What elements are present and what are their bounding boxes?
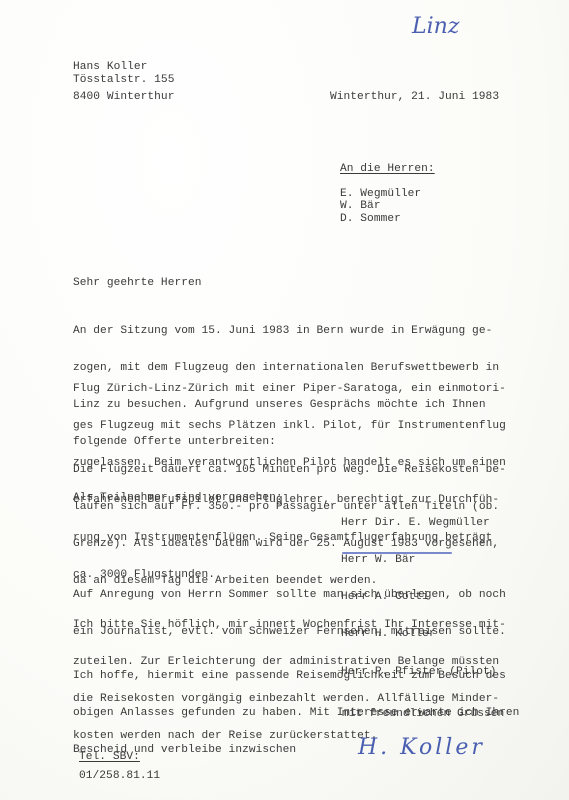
signature: H. Koller: [358, 735, 485, 760]
recipient: D. Sommer: [340, 213, 401, 225]
letter-page: Linz Hans Koller Tösstalstr. 155 8400 Wi…: [0, 0, 569, 800]
salutation: Sehr geehrte Herren: [73, 277, 202, 289]
recipient: W. Bär: [340, 200, 381, 212]
recipient: E. Wegmüller: [340, 188, 421, 200]
text-line: Die Flugzeit dauert ca. 105 Minuten pro …: [73, 464, 506, 476]
text-line: Ich hoffe, hiermit eine passende Reisemö…: [73, 670, 519, 682]
text-line: An der Sitzung vom 15. Juni 1983 in Bern…: [73, 325, 499, 337]
sender-city: 8400 Winterthur: [73, 91, 174, 103]
text-line: ges Flugzeug mit sechs Plätzen inkl. Pil…: [73, 420, 506, 432]
tel-label: Tel. SBV:: [79, 751, 140, 763]
text-line: Ich bitte Sie höflich, mir innert Wochen…: [73, 619, 506, 631]
tel-number: 01/258.81.11: [79, 770, 160, 782]
recipients-heading: An die Herren:: [340, 163, 435, 175]
handwritten-annotation: Linz: [412, 14, 459, 39]
sender-name: Hans Koller: [73, 61, 147, 73]
handwritten-underline: [342, 552, 452, 554]
sender-street: Tösstalstr. 155: [73, 74, 174, 86]
closing: mit freundlichen Grüssen: [342, 708, 504, 720]
date-line: Winterthur, 21. Juni 1983: [330, 91, 499, 103]
text-line: Flug Zürich-Linz-Zürich mit einer Piper-…: [73, 383, 506, 395]
participant: Herr Dir. E. Wegmüller: [341, 517, 497, 529]
participants-label: Als Teilnehmer sind vorgesehen:: [73, 492, 283, 504]
